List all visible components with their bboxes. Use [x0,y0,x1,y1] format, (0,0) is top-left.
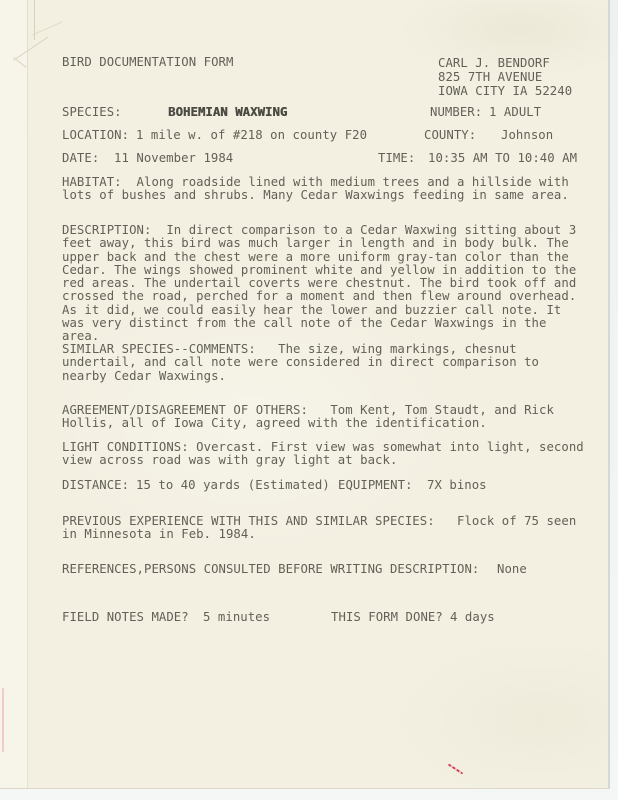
crease-mark [34,0,35,40]
references-label: REFERENCES,PERSONS CONSULTED BEFORE WRIT… [62,563,479,576]
distance-label: DISTANCE: [62,479,129,492]
location-label: LOCATION: [62,129,129,142]
observer-address-block: CARL J. BENDORF825 7TH AVENUEIOWA CITY I… [438,56,572,98]
county-value: Johnson [501,129,553,142]
similar-species-paragraph: SIMILAR SPECIES--COMMENTS: The size, win… [62,343,618,383]
equipment-label: EQUIPMENT: [338,479,413,492]
distance-value: 15 to 40 yards (Estimated) [136,479,330,492]
form-done-value: 4 days [450,611,495,624]
location-value: 1 mile w. of #218 on county F20 [136,129,367,142]
county-label: COUNTY: [424,129,476,142]
field-notes-value: 5 minutes [203,611,270,624]
references-value: None [497,563,527,576]
species-value: BOHEMIAN WAXWING [168,106,287,119]
observer-name: CARL J. BENDORF [438,56,572,70]
date-label: DATE: [62,152,99,165]
scanned-document: BIRD DOCUMENTATION FORM CARL J. BENDORF8… [0,0,618,800]
time-label: TIME: [378,152,415,165]
previous-experience-paragraph: PREVIOUS EXPERIENCE WITH THIS AND SIMILA… [62,515,618,542]
form-title: BIRD DOCUMENTATION FORM [62,56,233,69]
species-label: SPECIES: [62,106,122,119]
paper-fold-lighten [0,0,27,788]
scanner-artifact [2,688,4,752]
observer-address-line2: IOWA CITY IA 52240 [438,84,572,98]
date-value: 11 November 1984 [114,152,233,165]
field-notes-label: FIELD NOTES MADE? [62,611,189,624]
description-paragraph: DESCRIPTION: In direct comparison to a C… [62,224,618,344]
red-pen-mark [448,764,463,775]
time-value: 10:35 AM TO 10:40 AM [428,152,577,165]
paper-fold-line [27,0,28,788]
light-conditions-paragraph: LIGHT CONDITIONS: Overcast. First view w… [62,441,618,468]
agreement-paragraph: AGREEMENT/DISAGREEMENT OF OTHERS: Tom Ke… [62,404,618,431]
habitat-paragraph: HABITAT: Along roadside lined with mediu… [62,176,618,203]
observer-address-line1: 825 7TH AVENUE [438,70,572,84]
form-done-label: THIS FORM DONE? [331,611,443,624]
number-label: NUMBER: [430,106,482,119]
equipment-value: 7X binos [427,479,487,492]
crease-mark [31,21,62,36]
number-value: 1 ADULT [489,106,541,119]
document-page: BIRD DOCUMENTATION FORM CARL J. BENDORF8… [0,0,610,789]
